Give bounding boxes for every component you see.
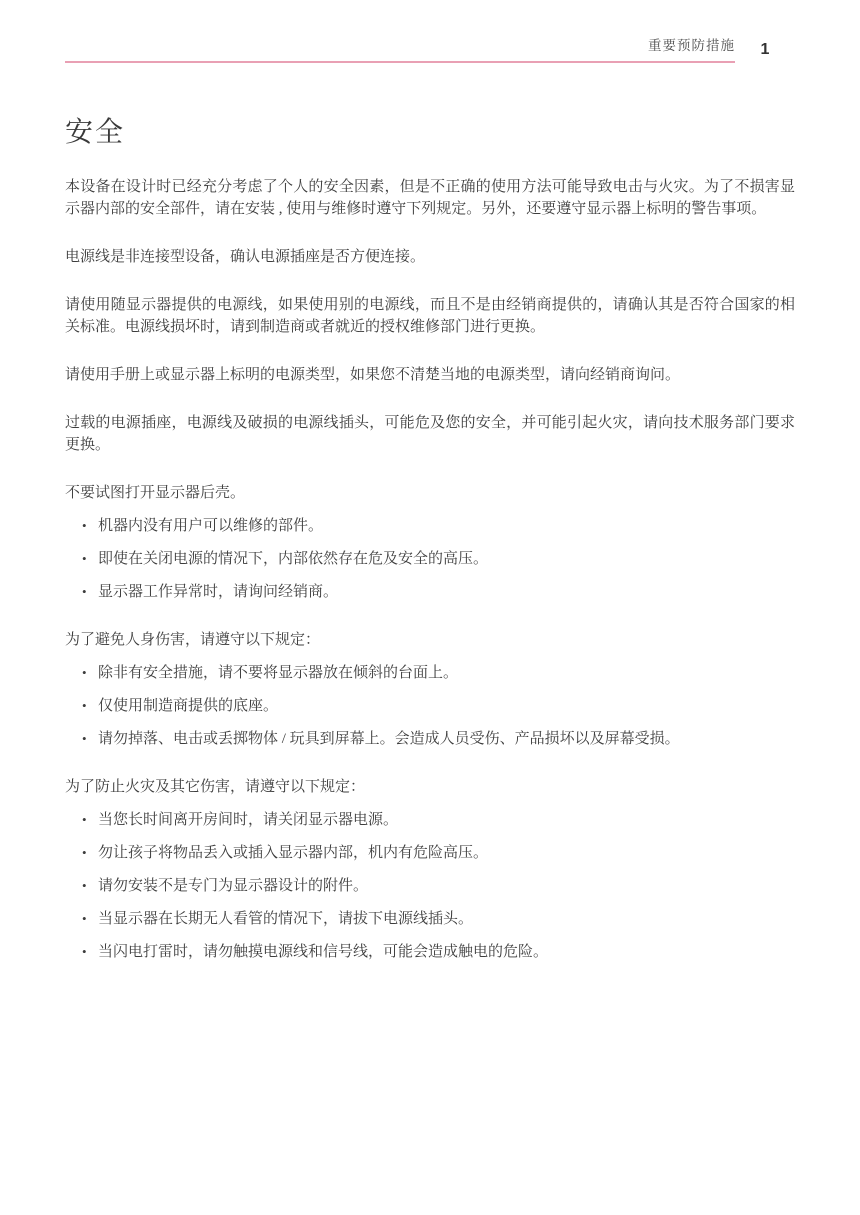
header-rule: 重要预防措施 [65, 34, 735, 63]
list-item: •请勿安装不是专门为显示器设计的附件。 [65, 875, 795, 897]
bullet-icon: • [82, 809, 98, 831]
manual-page: 重要预防措施 1 安全 本设备在设计时已经充分考虑了个人的安全因素，但是不正确的… [0, 0, 860, 963]
body-paragraph: 过载的电源插座，电源线及破损的电源线插头，可能危及您的安全，并可能引起火灾，请向… [65, 412, 795, 456]
body-paragraph: 电源线是非连接型设备，确认电源插座是否方便连接。 [65, 246, 795, 268]
list-item: •当闪电打雷时，请勿触摸电源线和信号线，可能会造成触电的危险。 [65, 941, 795, 963]
list-item-text: 机器内没有用户可以维修的部件。 [98, 515, 795, 537]
header-section-title: 重要预防措施 [648, 38, 735, 53]
bullet-list: •当您长时间离开房间时，请关闭显示器电源。•勿让孩子将物品丢入或插入显示器内部，… [65, 809, 795, 963]
bullet-icon: • [82, 908, 98, 930]
list-item: •即使在关闭电源的情况下，内部依然存在危及安全的高压。 [65, 548, 795, 570]
content-sections: 本设备在设计时已经充分考虑了个人的安全因素，但是不正确的使用方法可能导致电击与火… [65, 176, 795, 963]
bullet-icon: • [82, 662, 98, 684]
list-item-text: 请勿掉落、电击或丢掷物体 / 玩具到屏幕上。会造成人员受伤、产品损坏以及屏幕受损… [98, 728, 795, 750]
bullet-icon: • [82, 728, 98, 750]
list-item: •当显示器在长期无人看管的情况下，请拔下电源线插头。 [65, 908, 795, 930]
bullet-icon: • [82, 548, 98, 570]
list-item-text: 当闪电打雷时，请勿触摸电源线和信号线，可能会造成触电的危险。 [98, 941, 795, 963]
list-intro: 为了避免人身伤害，请遵守以下规定： [65, 629, 795, 651]
bullet-icon: • [82, 941, 98, 963]
list-item-text: 除非有安全措施，请不要将显示器放在倾斜的台面上。 [98, 662, 795, 684]
page-number: 1 [735, 41, 795, 63]
list-item: •仅使用制造商提供的底座。 [65, 695, 795, 717]
bullet-icon: • [82, 515, 98, 537]
bullet-icon: • [82, 842, 98, 864]
bullet-icon: • [82, 581, 98, 603]
list-item: •当您长时间离开房间时，请关闭显示器电源。 [65, 809, 795, 831]
list-item-text: 勿让孩子将物品丢入或插入显示器内部，机内有危险高压。 [98, 842, 795, 864]
page-title: 安全 [65, 110, 795, 150]
bullet-list: •机器内没有用户可以维修的部件。•即使在关闭电源的情况下，内部依然存在危及安全的… [65, 515, 795, 603]
list-item: •除非有安全措施，请不要将显示器放在倾斜的台面上。 [65, 662, 795, 684]
list-item-text: 请勿安装不是专门为显示器设计的附件。 [98, 875, 795, 897]
running-header: 重要预防措施 1 [65, 34, 795, 63]
list-intro: 不要试图打开显示器后壳。 [65, 482, 795, 504]
body-paragraph: 本设备在设计时已经充分考虑了个人的安全因素，但是不正确的使用方法可能导致电击与火… [65, 176, 795, 220]
bullet-icon: • [82, 875, 98, 897]
list-item: •显示器工作异常时，请询问经销商。 [65, 581, 795, 603]
list-item-text: 当显示器在长期无人看管的情况下，请拔下电源线插头。 [98, 908, 795, 930]
list-item-text: 当您长时间离开房间时，请关闭显示器电源。 [98, 809, 795, 831]
list-item-text: 即使在关闭电源的情况下，内部依然存在危及安全的高压。 [98, 548, 795, 570]
list-item-text: 仅使用制造商提供的底座。 [98, 695, 795, 717]
list-intro: 为了防止火灾及其它伤害，请遵守以下规定： [65, 776, 795, 798]
list-item-text: 显示器工作异常时，请询问经销商。 [98, 581, 795, 603]
bullet-list: •除非有安全措施，请不要将显示器放在倾斜的台面上。•仅使用制造商提供的底座。•请… [65, 662, 795, 750]
body-paragraph: 请使用手册上或显示器上标明的电源类型，如果您不清楚当地的电源类型，请向经销商询问… [65, 364, 795, 386]
body-paragraph: 请使用随显示器提供的电源线，如果使用别的电源线，而且不是由经销商提供的，请确认其… [65, 294, 795, 338]
list-item: •请勿掉落、电击或丢掷物体 / 玩具到屏幕上。会造成人员受伤、产品损坏以及屏幕受… [65, 728, 795, 750]
list-item: •机器内没有用户可以维修的部件。 [65, 515, 795, 537]
list-item: •勿让孩子将物品丢入或插入显示器内部，机内有危险高压。 [65, 842, 795, 864]
bullet-icon: • [82, 695, 98, 717]
